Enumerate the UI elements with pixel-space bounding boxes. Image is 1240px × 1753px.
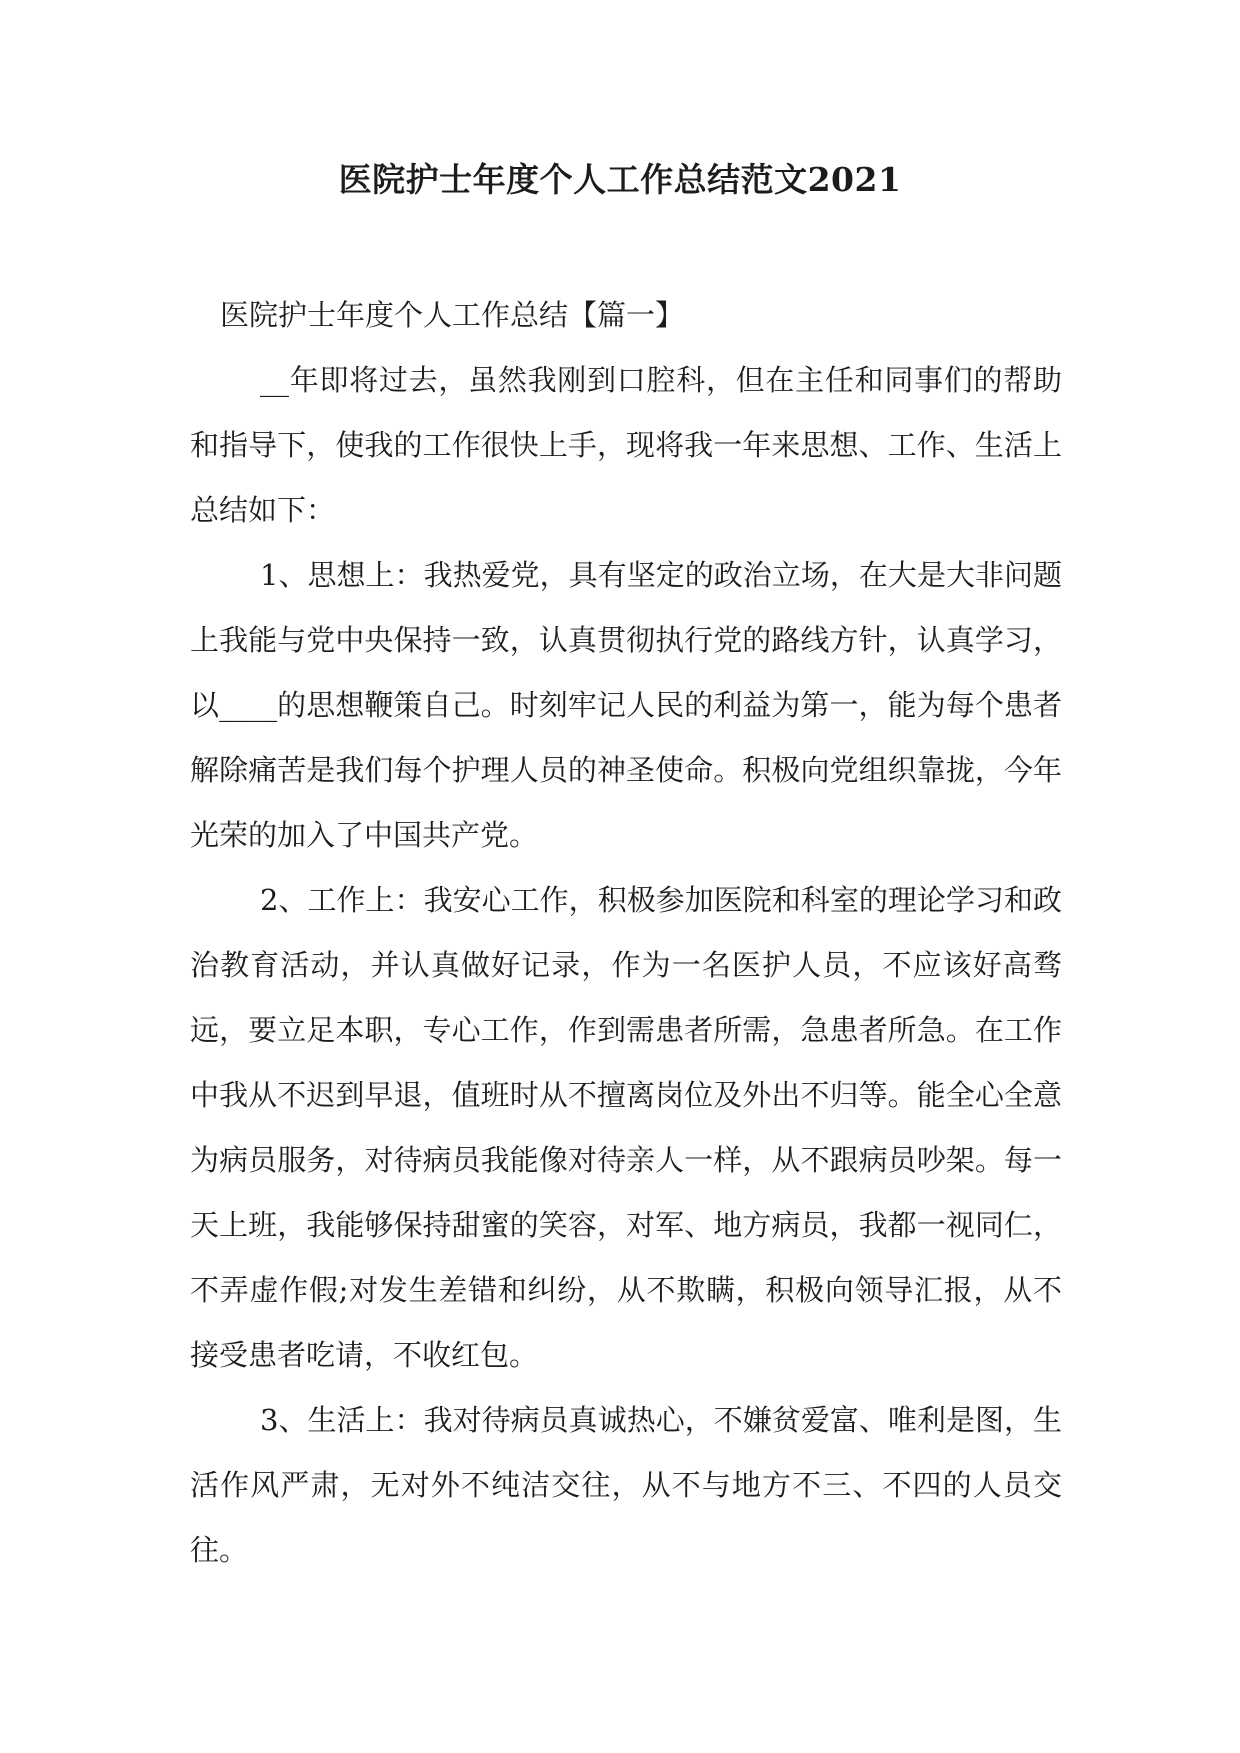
paragraph-intro: __年即将过去，虽然我刚到口腔科，但在主任和同事们的帮助和指导下，使我的工作很快…	[190, 348, 1062, 543]
document-page: 医院护士年度个人工作总结范文2021 医院护士年度个人工作总结【篇一】 __年即…	[0, 0, 1240, 1753]
paragraph-life: 3、生活上：我对待病员真诚热心，不嫌贫爱富、唯利是图，生活作风严肃，无对外不纯洁…	[190, 1388, 1062, 1583]
paragraph-work: 2、工作上：我安心工作，积极参加医院和科室的理论学习和政治教育活动，并认真做好记…	[190, 868, 1062, 1388]
document-body: 医院护士年度个人工作总结【篇一】 __年即将过去，虽然我刚到口腔科，但在主任和同…	[190, 283, 1062, 1583]
document-title: 医院护士年度个人工作总结范文2021	[0, 160, 1240, 200]
section-heading: 医院护士年度个人工作总结【篇一】	[190, 283, 1062, 348]
paragraph-ideology: 1、思想上：我热爱党，具有坚定的政治立场，在大是大非问题上我能与党中央保持一致，…	[190, 543, 1062, 868]
